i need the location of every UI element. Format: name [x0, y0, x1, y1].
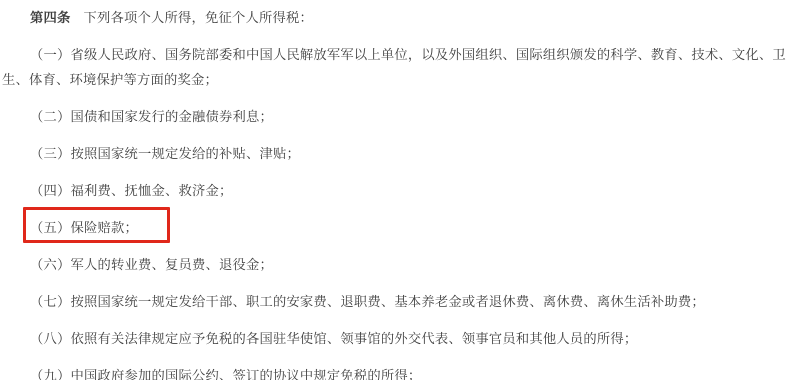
document-page: 第四条下列各项个人所得，免征个人所得税： （一）省级人民政府、国务院部委和中国人…	[0, 0, 794, 380]
clause-item-8: （八）依照有关法律规定应予免税的各国驻华使馆、领事馆的外交代表、领事官员和其他人…	[2, 326, 790, 351]
article-intro-text: 下列各项个人所得，免征个人所得税：	[84, 10, 313, 25]
clause-item-6: （六）军人的转业费、复员费、退役金；	[2, 252, 790, 277]
clause-item-1: （一）省级人民政府、国务院部委和中国人民解放军军以上单位，以及外国组织、国际组织…	[2, 42, 790, 92]
clause-item-7: （七）按照国家统一规定发给干部、职工的安家费、退职费、基本养老金或者退休费、离休…	[2, 289, 790, 314]
clause-item-9: （九）中国政府参加的国际公约、签订的协议中规定免税的所得；	[2, 363, 790, 380]
clause-item-5: （五）保险赔款；	[2, 215, 790, 240]
clause-item-2: （二）国债和国家发行的金融债券利息；	[2, 104, 790, 129]
clause-item-5-text: （五）保险赔款；	[30, 220, 138, 235]
article-heading: 第四条下列各项个人所得，免征个人所得税：	[2, 5, 790, 30]
clause-item-3: （三）按照国家统一规定发给的补贴、津贴；	[2, 141, 790, 166]
article-number: 第四条	[30, 10, 71, 25]
clause-item-4: （四）福利费、抚恤金、救济金；	[2, 178, 790, 203]
